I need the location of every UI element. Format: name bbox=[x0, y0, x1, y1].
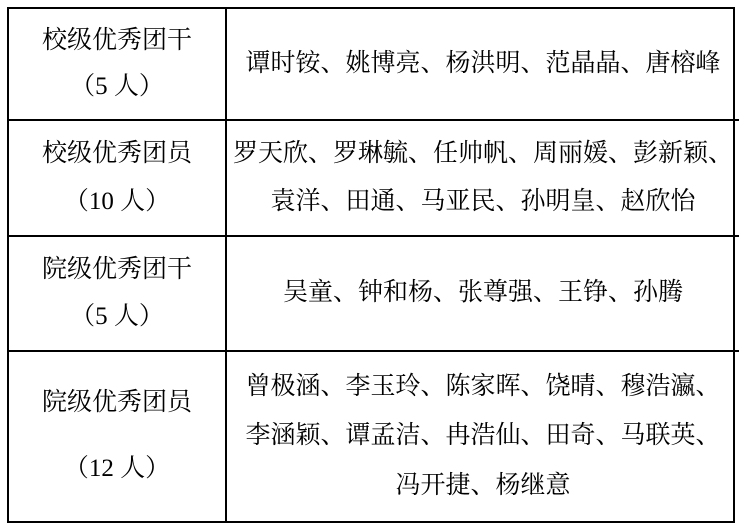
names-line: 吴童、钟和杨、张尊强、王铮、孙腾 bbox=[283, 277, 683, 310]
category-label: 校级优秀团员 bbox=[42, 138, 192, 171]
category-cell: 院级优秀团干 （5 人） bbox=[9, 235, 227, 350]
category-cell: 校级优秀团员 （10 人） bbox=[9, 119, 227, 235]
names-line: 袁洋、田通、马亚民、孙明皇、赵欣怡 bbox=[271, 186, 696, 219]
names-line: 李涵颖、谭孟洁、冉浩仙、田奇、马联英、 bbox=[246, 420, 721, 453]
category-label: 院级优秀团员 bbox=[42, 387, 192, 420]
count-label: （5 人） bbox=[70, 301, 164, 334]
names-line: 罗天欣、罗琳毓、任帅帆、周丽媛、彭新颖、 bbox=[233, 138, 733, 171]
names-cell: 谭时铵、姚博亮、杨洪明、范晶晶、唐榕峰 bbox=[227, 9, 739, 119]
category-cell: 院级优秀团员 （12 人） bbox=[9, 350, 227, 521]
category-cell: 校级优秀团干 （5 人） bbox=[9, 9, 227, 119]
category-label: 校级优秀团干 bbox=[42, 25, 192, 58]
awards-table: 校级优秀团干 （5 人） 谭时铵、姚博亮、杨洪明、范晶晶、唐榕峰 校级优秀团员 … bbox=[7, 7, 735, 523]
names-cell: 吴童、钟和杨、张尊强、王铮、孙腾 bbox=[227, 235, 739, 350]
names-line: 谭时铵、姚博亮、杨洪明、范晶晶、唐榕峰 bbox=[246, 48, 721, 81]
count-label: （5 人） bbox=[70, 71, 164, 104]
names-line: 曾极涵、李玉玲、陈家晖、饶晴、穆浩瀛、 bbox=[246, 371, 721, 404]
names-cell: 曾极涵、李玉玲、陈家晖、饶晴、穆浩瀛、 李涵颖、谭孟洁、冉浩仙、田奇、马联英、 … bbox=[227, 350, 739, 521]
category-label: 院级优秀团干 bbox=[42, 254, 192, 287]
count-label: （12 人） bbox=[64, 453, 170, 486]
count-label: （10 人） bbox=[64, 186, 170, 219]
names-line: 冯开捷、杨继意 bbox=[396, 470, 571, 503]
names-cell: 罗天欣、罗琳毓、任帅帆、周丽媛、彭新颖、 袁洋、田通、马亚民、孙明皇、赵欣怡 bbox=[227, 119, 739, 235]
